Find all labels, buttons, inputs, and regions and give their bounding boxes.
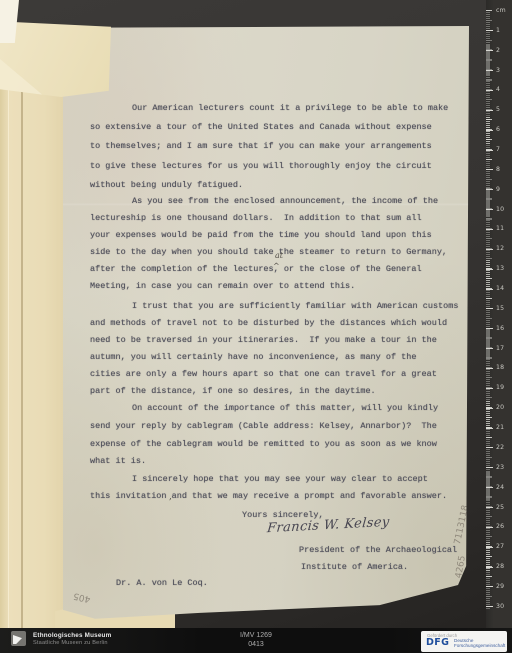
ruler-cm-tick — [486, 527, 493, 528]
ruler-number: 17 — [496, 345, 511, 352]
dfg-logo: DFG — [426, 637, 449, 648]
dfg-funding-badge: Gefördert durch DFG Deutsche Forschungsg… — [421, 631, 507, 652]
ruler-number: 19 — [496, 384, 511, 391]
cm-ruler: cm12345678910111213141516171819202122232… — [486, 0, 512, 653]
letter-line: As you see from the enclosed announcemen… — [132, 196, 438, 206]
ruler-cm-tick — [486, 547, 493, 548]
ruler-number: 22 — [496, 444, 511, 451]
ruler-number: 5 — [496, 106, 511, 113]
ruler-cm-tick — [486, 467, 493, 468]
letter-line: part of the distance, if one so desires,… — [90, 386, 376, 396]
letter-line: cities are only a few hours apart so tha… — [90, 369, 437, 379]
letter-line: On account of the importance of this mat… — [132, 403, 438, 413]
ruler-cm-tick — [486, 169, 493, 170]
ruler-number: 13 — [496, 265, 511, 272]
letter-line: need to be traversed in your itineraries… — [90, 335, 437, 345]
letter-line: Meeting, in case you can remain over to … — [90, 281, 355, 291]
ruler-cm-tick — [486, 328, 493, 329]
letter-line: I trust that you are sufficiently famili… — [132, 301, 458, 311]
ruler-number: 6 — [496, 126, 511, 133]
ruler-number: 2 — [496, 47, 511, 54]
overlapping-page-top-left — [0, 19, 111, 97]
ruler-cm-tick — [486, 289, 493, 290]
ruler-cm-tick — [486, 567, 493, 568]
letter-line: so extensive a tour of the United States… — [90, 122, 432, 132]
ruler-number: 29 — [496, 583, 511, 590]
ruler-number: 14 — [496, 285, 511, 292]
ruler-number: 25 — [496, 504, 511, 511]
page-edge-line — [21, 30, 23, 648]
ruler-number: 10 — [496, 206, 511, 213]
ruler-number: 23 — [496, 464, 511, 471]
ruler-cm-tick — [486, 428, 493, 429]
ruler-cm-tick — [486, 388, 493, 389]
ruler-cm-tick — [486, 110, 493, 111]
ruler-cm-tick — [486, 249, 493, 250]
handwritten-caret: ^ — [273, 262, 280, 271]
signer-title-line2: Institute of America. — [301, 562, 408, 572]
ruler-unit-label: cm — [496, 7, 511, 14]
handwritten-comma: , — [169, 492, 172, 502]
signer-title-line1: President of the Archaeological — [299, 545, 457, 555]
ruler-cm-tick — [486, 507, 493, 508]
ruler-cm-tick — [486, 606, 493, 607]
page-edge-highlight — [8, 30, 9, 648]
ruler-cm-tick — [486, 447, 493, 448]
ruler-cm-tick — [486, 487, 493, 488]
ruler-cm-tick — [486, 408, 493, 409]
ruler-number: 1 — [496, 27, 511, 34]
pencil-number-bottom-left: 405 — [61, 588, 102, 607]
letter-line: what it is. — [90, 456, 146, 466]
archive-footer-bar: Ethnologisches Museum Staatliche Museen … — [0, 628, 512, 653]
letter-line: I sincerely hope that you may see your w… — [132, 474, 428, 484]
ruler-cm-tick — [486, 90, 493, 91]
ruler-number: 28 — [496, 563, 511, 570]
ruler-cm-tick — [486, 150, 493, 151]
letter-line: send your reply by cablegram (Cable addr… — [90, 421, 437, 431]
letter-line: lectureship is one thousand dollars. In … — [90, 213, 422, 223]
ruler-number: 16 — [496, 325, 511, 332]
ruler-cm-tick — [486, 308, 493, 309]
ruler-cm-tick — [486, 30, 493, 31]
ruler-number: 4 — [496, 86, 511, 93]
ruler-number: 15 — [496, 305, 511, 312]
handwritten-insertion-at: at — [275, 251, 283, 260]
ruler-cm-tick — [486, 586, 493, 587]
recipient-line: Dr. A. von Le Coq. — [116, 578, 208, 588]
letter-line: your expenses would be paid from the tim… — [90, 230, 432, 240]
ruler-number: 11 — [496, 225, 511, 232]
letter-line: without being unduly fatigued. — [90, 180, 243, 190]
funder-name: Deutsche Forschungsgemeinschaft — [454, 638, 505, 649]
ruler-number: 21 — [496, 424, 511, 431]
letter-line: side to the day when you should take the… — [90, 247, 447, 257]
ruler-number: 20 — [496, 404, 511, 411]
letter-line: to themselves; and I am sure that if you… — [90, 141, 432, 151]
letter-line: to give these lectures for us you will t… — [90, 161, 432, 171]
ruler-cm-tick — [486, 189, 493, 190]
ruler-number: 26 — [496, 523, 511, 530]
ruler-cm-tick — [486, 348, 493, 349]
letter-line: expense of the cablegram would be remitt… — [90, 439, 437, 449]
ruler-number: 18 — [496, 364, 511, 371]
ruler-cm-tick — [486, 50, 493, 51]
ruler-cm-tick — [486, 130, 493, 131]
ruler-number: 12 — [496, 245, 511, 252]
ruler-number: 24 — [496, 484, 511, 491]
ruler-cm-tick — [486, 70, 493, 71]
ruler-cm-tick — [486, 269, 493, 270]
letter-line: and methods of travel not to be disturbe… — [90, 318, 447, 328]
letter-page: Our American lecturers count it a privil… — [63, 26, 469, 620]
ruler-number: 8 — [496, 166, 511, 173]
ruler-number: 30 — [496, 603, 511, 610]
ruler-number: 9 — [496, 186, 511, 193]
letter-line: autumn, you will certainly have no incon… — [90, 352, 416, 362]
ruler-number: 27 — [496, 543, 511, 550]
ruler-number: 7 — [496, 146, 511, 153]
scan-viewer: cm12345678910111213141516171819202122232… — [0, 0, 512, 653]
ruler-cm-tick — [486, 229, 493, 230]
ruler-cm-tick — [486, 368, 493, 369]
ruler-cm-tick — [486, 209, 493, 210]
letter-line: after the completion of the lectures, or… — [90, 264, 422, 274]
letter-line: Our American lecturers count it a privil… — [132, 103, 448, 113]
ruler-number: 3 — [496, 67, 511, 74]
ruler-halfcm-ticks — [486, 10, 492, 610]
letter-line: this invitation and that we may receive … — [90, 491, 447, 501]
